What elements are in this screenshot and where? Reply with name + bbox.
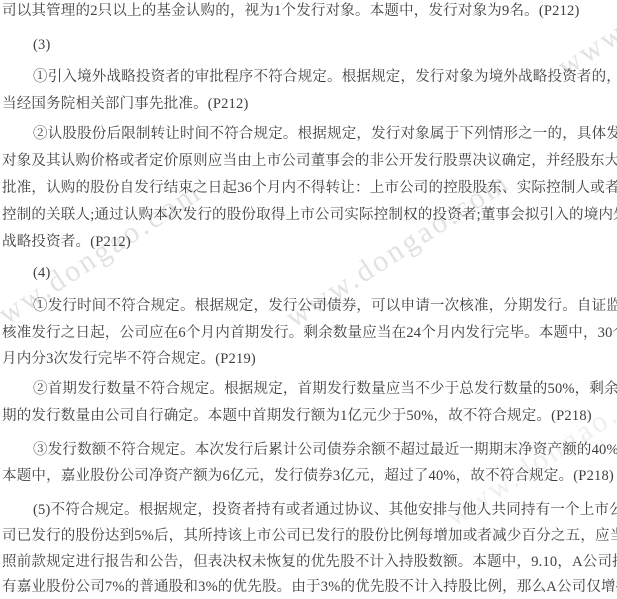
text-line: ②首期发行数量不符合规定。根据规定，首期发行数量应当不少于总发行数量的50%，剩… — [33, 381, 617, 398]
text-line: 核准发行之日起，公司应在6个月内首期发行。剩余数量应当在24个月内发行完毕。本题… — [2, 325, 617, 342]
text-line: 控制的关联人;通过认购本次发行的股份取得上市公司实际控制权的投资者;董事会拟引入… — [2, 207, 617, 224]
text-line: 司以其管理的2只以上的基金认购的，视为1个发行对象。本题中，发行对象为9名。(P… — [2, 3, 580, 20]
text-line: ①引入境外战略投资者的审批程序不符合规定。根据规定，发行对象为境外战略投资者的，… — [33, 69, 617, 86]
text-line: 司已发行的股份达到5%后，其所持该上市公司已发行的股份比例每增加或者减少百分之五… — [2, 528, 617, 545]
text-line: 当经国务院相关部门事先批准。(P212) — [2, 96, 248, 113]
text-line: 月内分3次发行完毕不符合规定。(P219) — [2, 351, 256, 368]
text-line: 照前款规定进行报告和公告，但表决权未恢复的优先股不计入持股数额。本题中，9.10… — [2, 554, 617, 571]
text-line: (3) — [33, 37, 51, 54]
document-page: www.dongao.com www.dongao.com www.dongao… — [0, 0, 617, 599]
text-line: (4) — [33, 265, 51, 282]
text-line: 期的发行数量由公司自行确定。本题中首期发行额为1亿元少于50%，故不符合规定。(… — [2, 408, 592, 425]
text-line: 战略投资者。(P212) — [2, 234, 131, 251]
text-line: ①发行时间不符合规定。根据规定，发行公司债券，可以申请一次核准，分期发行。自证监… — [33, 298, 617, 315]
text-line: 批准，认购的股份自发行结束之日起36个月内不得转让：上市公司的控股股东、实际控制… — [2, 180, 617, 197]
text-line: 本题中，嘉业股份公司净资产额为6亿元，发行债券3亿元，超过了40%，故不符合规定… — [2, 468, 614, 485]
watermark-text: www.dongao.com — [0, 175, 208, 345]
text-line: 对象及其认购价格或者定价原则应当由上市公司董事会的非公开发行股票决议确定，并经股… — [2, 153, 617, 170]
text-line: ③发行数额不符合规定。本次发行后累计公司债券余额不超过最近一期期末净资产额的40… — [33, 442, 617, 459]
text-line: 有嘉业股份公司7%的普通股和3%的优先股。由于3%的优先股不计入持股比例，那么A… — [2, 579, 617, 596]
text-line: ②认股股份后限制转让时间不符合规定。根据规定，发行对象属于下列情形之一的，具体发… — [33, 126, 617, 143]
text-line: (5)不符合规定。根据规定，投资者持有或者通过协议、其他安排与他人共同持有一个上… — [33, 502, 617, 519]
